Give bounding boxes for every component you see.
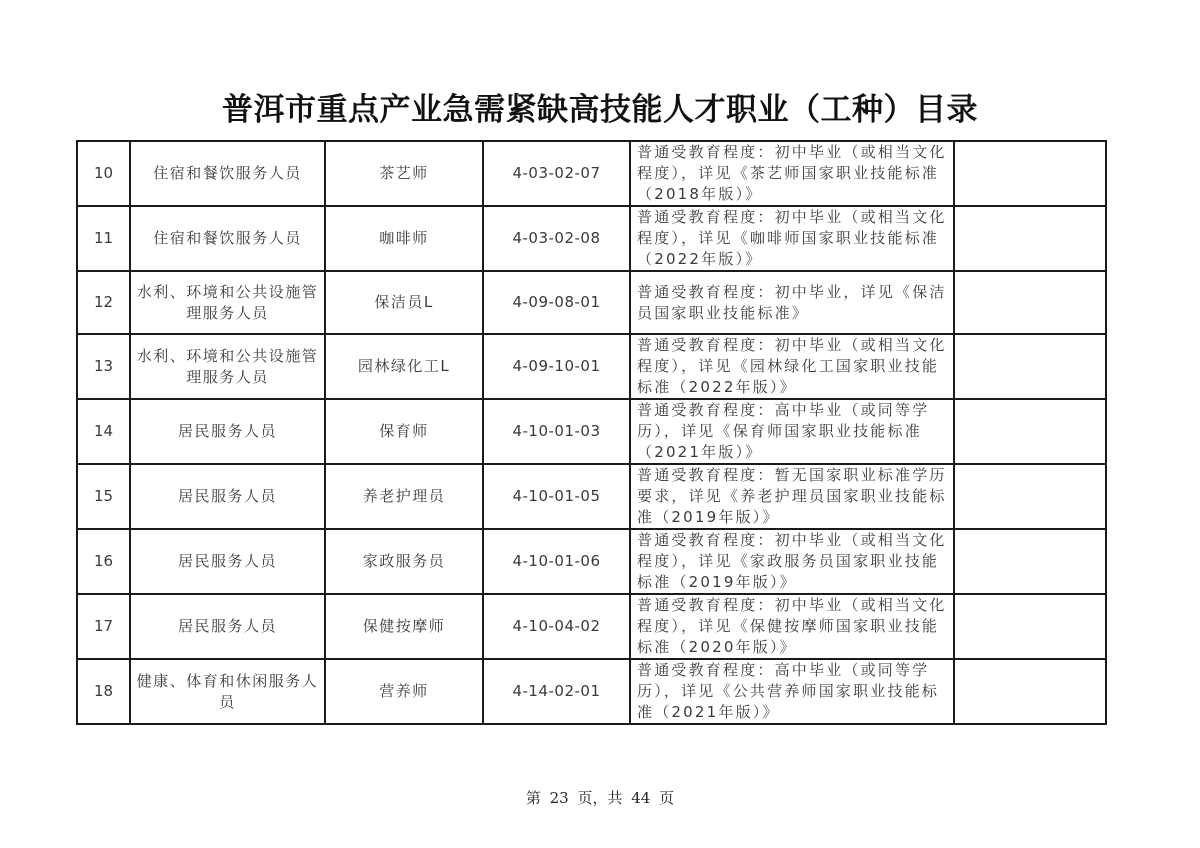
occupation-code: 4-14-02-01 bbox=[483, 659, 630, 724]
row-number: 15 bbox=[77, 464, 130, 529]
occupation-code: 4-09-08-01 bbox=[483, 271, 630, 334]
education-requirement: 普通受教育程度：高中毕业（或同等学历），详见《公共营养师国家职业技能标准（202… bbox=[630, 659, 954, 724]
note-cell bbox=[954, 529, 1106, 594]
occupation-code: 4-10-01-05 bbox=[483, 464, 630, 529]
row-number: 13 bbox=[77, 334, 130, 399]
row-number: 18 bbox=[77, 659, 130, 724]
education-requirement: 普通受教育程度：初中毕业（或相当文化程度），详见《茶艺师国家职业技能标准（201… bbox=[630, 141, 954, 206]
occupation-name: 茶艺师 bbox=[325, 141, 483, 206]
occupation-code: 4-10-01-03 bbox=[483, 399, 630, 464]
occupation-name: 保洁员L bbox=[325, 271, 483, 334]
occupation-name: 保育师 bbox=[325, 399, 483, 464]
occupation-category: 水利、环境和公共设施管理服务人员 bbox=[130, 271, 325, 334]
note-cell bbox=[954, 271, 1106, 334]
education-requirement: 普通受教育程度：暂无国家职业标准学历要求，详见《养老护理员国家职业技能标准（20… bbox=[630, 464, 954, 529]
note-cell bbox=[954, 594, 1106, 659]
occupation-code: 4-03-02-07 bbox=[483, 141, 630, 206]
occupation-catalog-table: 10 住宿和餐饮服务人员 茶艺师 4-03-02-07 普通受教育程度：初中毕业… bbox=[76, 140, 1107, 725]
occupation-category: 居民服务人员 bbox=[130, 464, 325, 529]
occupation-name: 养老护理员 bbox=[325, 464, 483, 529]
page-number-footer: 第 23 页，共 44 页 bbox=[0, 787, 1200, 808]
education-requirement: 普通受教育程度：初中毕业，详见《保洁员国家职业技能标准》 bbox=[630, 271, 954, 334]
note-cell bbox=[954, 659, 1106, 724]
table-row: 12 水利、环境和公共设施管理服务人员 保洁员L 4-09-08-01 普通受教… bbox=[77, 271, 1106, 334]
occupation-category: 健康、体育和休闲服务人员 bbox=[130, 659, 325, 724]
occupation-name: 营养师 bbox=[325, 659, 483, 724]
row-number: 12 bbox=[77, 271, 130, 334]
table-row: 13 水利、环境和公共设施管理服务人员 园林绿化工L 4-09-10-01 普通… bbox=[77, 334, 1106, 399]
occupation-name: 保健按摩师 bbox=[325, 594, 483, 659]
occupation-category: 居民服务人员 bbox=[130, 529, 325, 594]
table-row: 17 居民服务人员 保健按摩师 4-10-04-02 普通受教育程度：初中毕业（… bbox=[77, 594, 1106, 659]
education-requirement: 普通受教育程度：初中毕业（或相当文化程度），详见《园林绿化工国家职业技能标准（2… bbox=[630, 334, 954, 399]
table-row: 11 住宿和餐饮服务人员 咖啡师 4-03-02-08 普通受教育程度：初中毕业… bbox=[77, 206, 1106, 271]
note-cell bbox=[954, 399, 1106, 464]
occupation-category: 水利、环境和公共设施管理服务人员 bbox=[130, 334, 325, 399]
table-row: 15 居民服务人员 养老护理员 4-10-01-05 普通受教育程度：暂无国家职… bbox=[77, 464, 1106, 529]
row-number: 17 bbox=[77, 594, 130, 659]
row-number: 14 bbox=[77, 399, 130, 464]
occupation-name: 家政服务员 bbox=[325, 529, 483, 594]
row-number: 16 bbox=[77, 529, 130, 594]
occupation-code: 4-09-10-01 bbox=[483, 334, 630, 399]
row-number: 10 bbox=[77, 141, 130, 206]
row-number: 11 bbox=[77, 206, 130, 271]
table-row: 18 健康、体育和休闲服务人员 营养师 4-14-02-01 普通受教育程度：高… bbox=[77, 659, 1106, 724]
occupation-code: 4-03-02-08 bbox=[483, 206, 630, 271]
table-row: 10 住宿和餐饮服务人员 茶艺师 4-03-02-07 普通受教育程度：初中毕业… bbox=[77, 141, 1106, 206]
occupation-code: 4-10-01-06 bbox=[483, 529, 630, 594]
occupation-category: 住宿和餐饮服务人员 bbox=[130, 206, 325, 271]
note-cell bbox=[954, 141, 1106, 206]
occupation-category: 居民服务人员 bbox=[130, 399, 325, 464]
occupation-category: 住宿和餐饮服务人员 bbox=[130, 141, 325, 206]
page-title: 普洱市重点产业急需紧缺高技能人才职业（工种）目录 bbox=[0, 84, 1200, 129]
education-requirement: 普通受教育程度：初中毕业（或相当文化程度），详见《咖啡师国家职业技能标准（202… bbox=[630, 206, 954, 271]
education-requirement: 普通受教育程度：初中毕业（或相当文化程度），详见《保健按摩师国家职业技能标准（2… bbox=[630, 594, 954, 659]
occupation-code: 4-10-04-02 bbox=[483, 594, 630, 659]
table-row: 14 居民服务人员 保育师 4-10-01-03 普通受教育程度：高中毕业（或同… bbox=[77, 399, 1106, 464]
occupation-name: 园林绿化工L bbox=[325, 334, 483, 399]
occupation-category: 居民服务人员 bbox=[130, 594, 325, 659]
note-cell bbox=[954, 464, 1106, 529]
occupation-name: 咖啡师 bbox=[325, 206, 483, 271]
education-requirement: 普通受教育程度：高中毕业（或同等学历），详见《保育师国家职业技能标准（2021年… bbox=[630, 399, 954, 464]
note-cell bbox=[954, 334, 1106, 399]
note-cell bbox=[954, 206, 1106, 271]
education-requirement: 普通受教育程度：初中毕业（或相当文化程度），详见《家政服务员国家职业技能标准（2… bbox=[630, 529, 954, 594]
table-body: 10 住宿和餐饮服务人员 茶艺师 4-03-02-07 普通受教育程度：初中毕业… bbox=[77, 141, 1106, 724]
table-row: 16 居民服务人员 家政服务员 4-10-01-06 普通受教育程度：初中毕业（… bbox=[77, 529, 1106, 594]
